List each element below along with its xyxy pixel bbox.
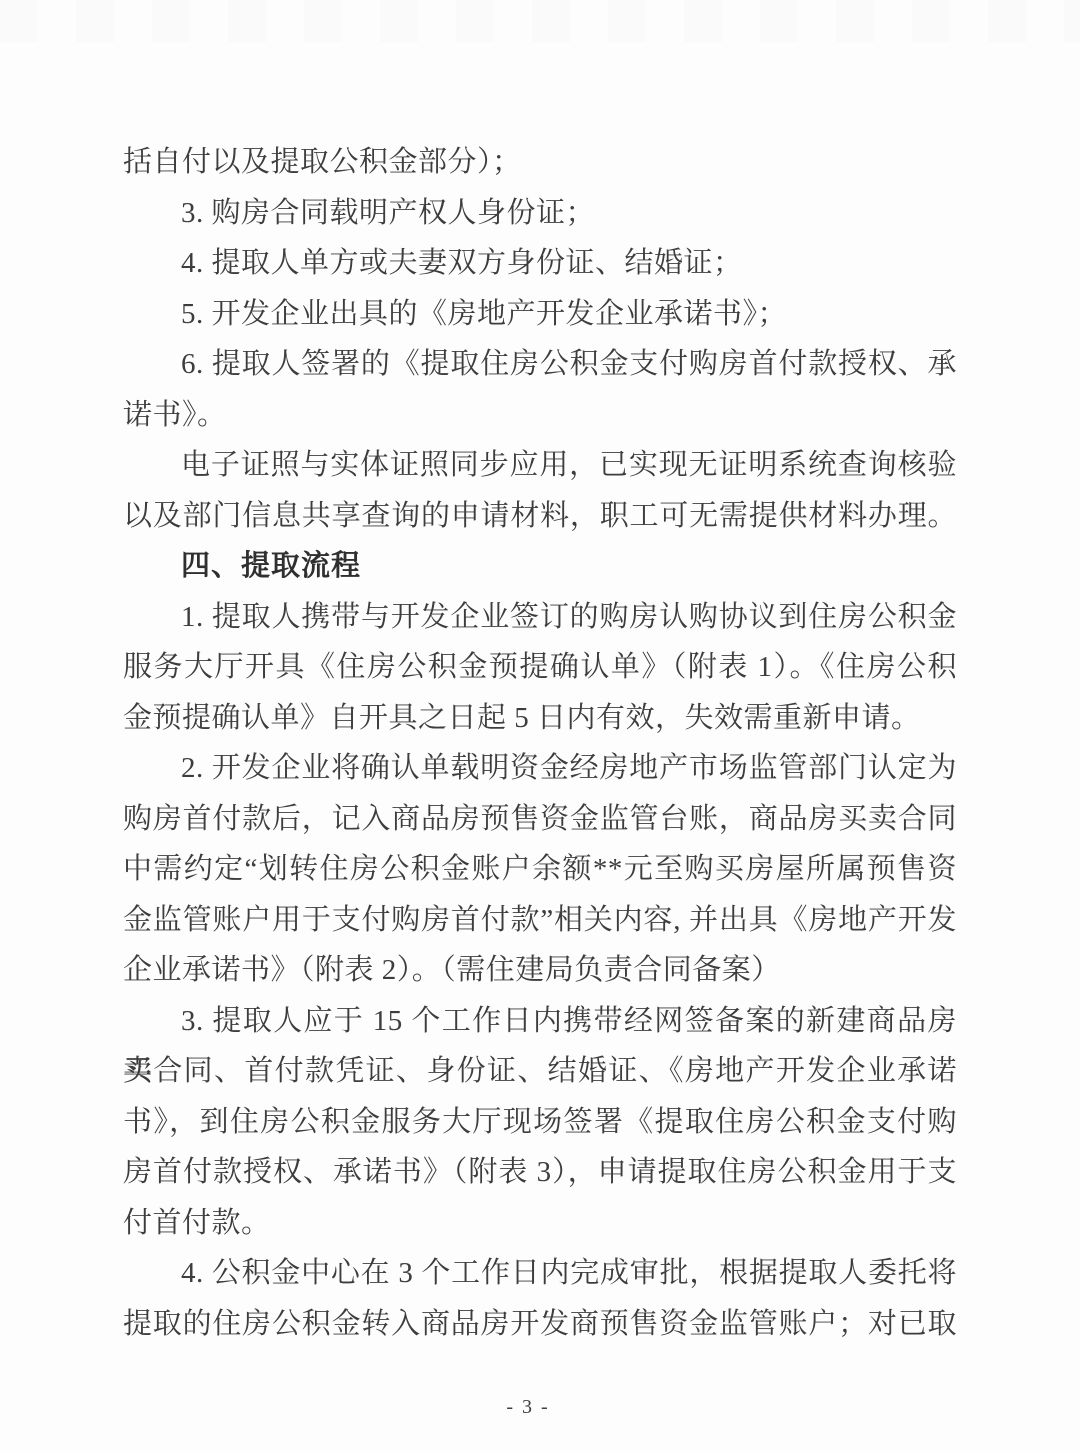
page-number: - 3 - xyxy=(0,1396,1056,1419)
text-line: 2. 开发企业将确认单载明资金经房地产市场监管部门认定为 xyxy=(123,743,957,794)
text-line: 房首付款授权、承诺书》（附表 3），申请提取住房公积金用于支 xyxy=(123,1147,957,1198)
text-line: 诺书》。 xyxy=(123,390,957,441)
text-line: 服务大厅开具《住房公积金预提确认单》（附表 1）。《住房公积 xyxy=(123,642,957,693)
text-line: 4. 公积金中心在 3 个工作日内完成审批，根据提取人委托将 xyxy=(123,1248,957,1299)
text-line: 5. 开发企业出具的《房地产开发企业承诺书》； xyxy=(123,289,957,340)
scan-artifact-band xyxy=(0,0,1080,42)
text-line: 提取的住房公积金转入商品房开发商预售资金监管账户；对已取 xyxy=(123,1299,957,1350)
text-line: 付首付款。 xyxy=(123,1198,957,1249)
text-line: 1. 提取人携带与开发企业签订的购房认购协议到住房公积金 xyxy=(123,592,957,643)
document-body: 括自付以及提取公积金部分）；3. 购房合同载明产权人身份证；4. 提取人单方或夫… xyxy=(123,137,957,1349)
section-heading: 四、提取流程 xyxy=(123,541,957,592)
text-line: 购房首付款后，记入商品房预售资金监管台账，商品房买卖合同 xyxy=(123,794,957,845)
text-line: 电子证照与实体证照同步应用，已实现无证明系统查询核验 xyxy=(123,440,957,491)
text-line: 以及部门信息共享查询的申请材料，职工可无需提供材料办理。 xyxy=(123,491,957,542)
text-line: 中需约定“划转住房公积金账户余额**元至购买房屋所属预售资 xyxy=(123,844,957,895)
document-page: 括自付以及提取公积金部分）；3. 购房合同载明产权人身份证；4. 提取人单方或夫… xyxy=(0,0,1080,1451)
text-line: 6. 提取人签署的《提取住房公积金支付购房首付款授权、承 xyxy=(123,339,957,390)
text-line: 3. 购房合同载明产权人身份证； xyxy=(123,188,957,239)
text-line: 金预提确认单》自开具之日起 5 日内有效，失效需重新申请。 xyxy=(123,693,957,744)
text-line: 企业承诺书》（附表 2）。（需住建局负责合同备案） xyxy=(123,945,957,996)
text-line: 书》，到住房公积金服务大厅现场签署《提取住房公积金支付购 xyxy=(123,1097,957,1148)
text-line: 金监管账户用于支付购房首付款”相关内容, 并出具《房地产开发 xyxy=(123,895,957,946)
text-line: 卖合同、首付款凭证、身份证、结婚证、《房地产开发企业承诺 xyxy=(123,1046,957,1097)
text-line: 括自付以及提取公积金部分）； xyxy=(123,137,957,188)
text-line: 3. 提取人应于 15 个工作日内携带经网签备案的新建商品房买 xyxy=(123,996,957,1047)
text-line: 4. 提取人单方或夫妻双方身份证、结婚证； xyxy=(123,238,957,289)
